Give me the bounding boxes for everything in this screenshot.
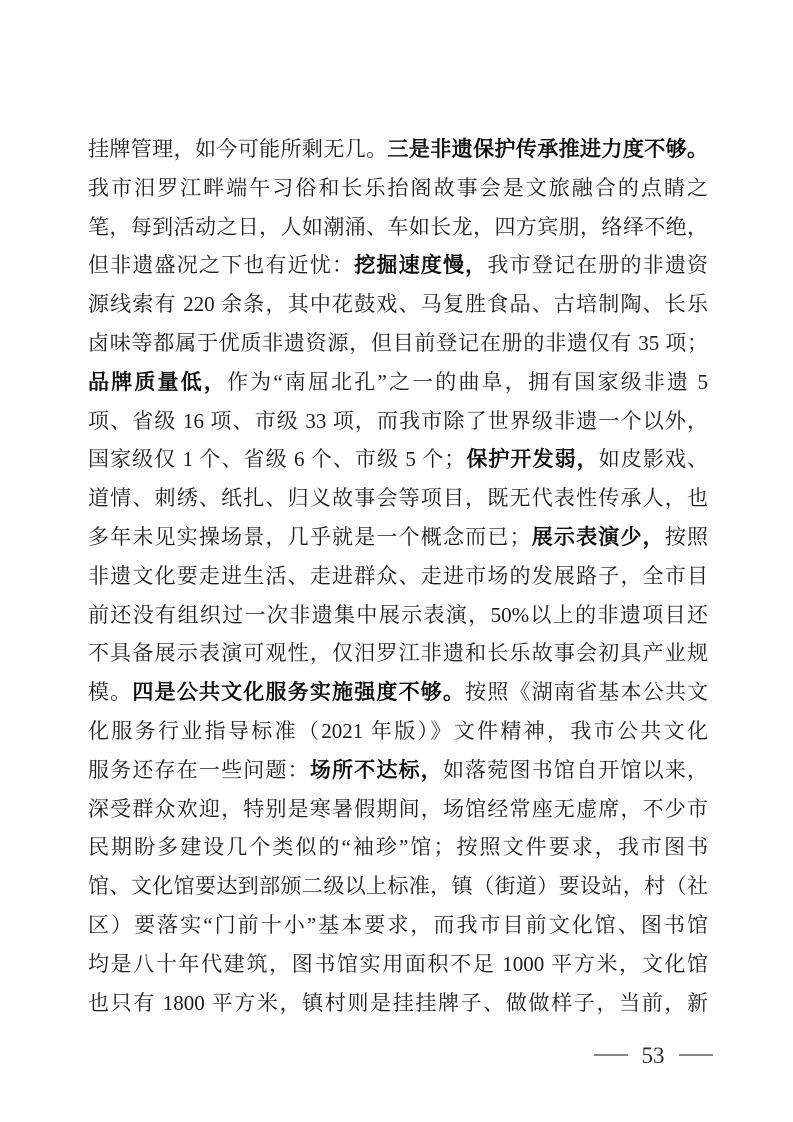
body-text: 也只有 1800 平方米，镇村则是挂挂牌子、做做样子，当前，新 <box>88 991 708 1015</box>
text-line: 卤味等都属于优质非遗资源，但目前登记在册的非遗仅有 35 项； <box>88 324 708 363</box>
text-line: 区）要落实“门前十小”基本要求，而我市目前文化馆、图书馆 <box>88 906 708 945</box>
emphasis-text: 场所不达标， <box>310 759 443 782</box>
footer-dash-right <box>679 1054 713 1056</box>
text-line: 项、省级 16 项、市级 33 项，而我市除了世界级非遗一个以外， <box>88 402 708 441</box>
body-text: 民期盼多建设几个类似的“袖珍”馆；按照文件要求，我市图书 <box>88 835 708 859</box>
body-text: 笔，每到活动之日，人如潮涌、车如长龙，四方宾朋，络绎不绝， <box>88 215 708 239</box>
text-line: 模。四是公共文化服务实施强度不够。按照《湖南省基本公共文 <box>88 673 708 712</box>
body-text: 如落菀图书馆自开馆以来， <box>443 758 708 782</box>
body-text: 国家级仅 1 个、省级 6 个、市级 5 个； <box>88 447 465 471</box>
text-block: 挂牌管理，如今可能所剩无几。三是非遗保护传承推进力度不够。我市汨罗江畔端午习俗和… <box>88 130 708 1022</box>
text-line: 也只有 1800 平方米，镇村则是挂挂牌子、做做样子，当前，新 <box>88 984 708 1023</box>
body-text: 区）要落实“门前十小”基本要求，而我市目前文化馆、图书馆 <box>88 913 708 937</box>
document-page: 挂牌管理，如今可能所剩无几。三是非遗保护传承推进力度不够。我市汨罗江畔端午习俗和… <box>0 0 793 1122</box>
text-line: 非遗文化要走进生活、走进群众、走进市场的发展路子，全市目 <box>88 557 708 596</box>
body-text: 按照 <box>665 525 708 549</box>
body-text: 道情、刺绣、纸扎、归义故事会等项目，既无代表性传承人，也 <box>88 486 708 510</box>
emphasis-text: 四是公共文化服务实施强度不够。 <box>132 681 465 704</box>
text-line: 笔，每到活动之日，人如潮涌、车如长龙，四方宾朋，络绎不绝， <box>88 208 708 247</box>
body-text: 非遗文化要走进生活、走进群众、走进市场的发展路子，全市目 <box>88 564 708 588</box>
body-text: 项、省级 16 项、市级 33 项，而我市除了世界级非遗一个以外， <box>88 409 708 433</box>
footer-dash-left <box>594 1054 628 1056</box>
text-line: 不具备展示表演可观性，仅汨罗江非遗和长乐故事会初具产业规 <box>88 634 708 673</box>
text-line: 但非遗盛况之下也有近忧：挖掘速度慢，我市登记在册的非遗资 <box>88 246 708 285</box>
emphasis-text: 保护开发弱， <box>465 448 598 471</box>
text-line: 我市汨罗江畔端午习俗和长乐抬阁故事会是文旅融合的点睛之 <box>88 169 708 208</box>
body-text: 不具备展示表演可观性，仅汨罗江非遗和长乐故事会初具产业规 <box>88 641 708 665</box>
text-line: 化服务行业指导标准（2021 年版）》文件精神，我市公共文化 <box>88 712 708 751</box>
emphasis-text: 挖掘速度慢， <box>354 254 487 277</box>
body-text: 但非遗盛况之下也有近忧： <box>88 253 354 277</box>
body-text: 模。 <box>88 680 132 704</box>
body-text: 卤味等都属于优质非遗资源，但目前登记在册的非遗仅有 35 项； <box>88 331 708 355</box>
body-text: 我市汨罗江畔端午习俗和长乐抬阁故事会是文旅融合的点睛之 <box>88 176 708 200</box>
text-line: 服务还存在一些问题：场所不达标，如落菀图书馆自开馆以来， <box>88 751 708 790</box>
body-text: 深受群众欢迎，特别是寒暑假期间，场馆经常座无虚席，不少市 <box>88 797 708 821</box>
text-line: 国家级仅 1 个、省级 6 个、市级 5 个；保护开发弱，如皮影戏、 <box>88 440 708 479</box>
body-text: 挂牌管理，如今可能所剩无几。 <box>88 137 388 161</box>
body-text: 源线索有 220 余条，其中花鼓戏、马复胜食品、古培制陶、长乐 <box>88 292 708 316</box>
body-text: 馆、文化馆要达到部颁二级以上标准，镇（街道）要设站，村（社 <box>88 874 708 898</box>
body-text: 如皮影戏、 <box>599 447 708 471</box>
body-text: 我市登记在册的非遗资 <box>487 253 708 277</box>
emphasis-text: 展示表演少， <box>531 526 665 549</box>
text-line: 品牌质量低，作为“南屈北孔”之一的曲阜，拥有国家级非遗 5 <box>88 363 708 402</box>
text-line: 多年未见实操场景，几乎就是一个概念而已；展示表演少，按照 <box>88 518 708 557</box>
body-text: 作为“南屈北孔”之一的曲阜，拥有国家级非遗 5 <box>227 370 708 394</box>
text-line: 挂牌管理，如今可能所剩无几。三是非遗保护传承推进力度不够。 <box>88 130 708 169</box>
emphasis-text: 品牌质量低， <box>88 371 227 394</box>
body-text: 前还没有组织过一次非遗集中展示表演，50%以上的非遗项目还 <box>88 603 708 627</box>
text-line: 源线索有 220 余条，其中花鼓戏、马复胜食品、古培制陶、长乐 <box>88 285 708 324</box>
body-text: 多年未见实操场景，几乎就是一个概念而已； <box>88 525 531 549</box>
body-text: 服务还存在一些问题： <box>88 758 310 782</box>
body-text: 化服务行业指导标准（2021 年版）》文件精神，我市公共文化 <box>88 719 708 743</box>
text-line: 道情、刺绣、纸扎、归义故事会等项目，既无代表性传承人，也 <box>88 479 708 518</box>
page-footer: 53 <box>553 1040 753 1070</box>
page-number: 53 <box>642 1044 665 1067</box>
text-line: 前还没有组织过一次非遗集中展示表演，50%以上的非遗项目还 <box>88 596 708 635</box>
text-line: 深受群众欢迎，特别是寒暑假期间，场馆经常座无虚席，不少市 <box>88 790 708 829</box>
text-line: 均是八十年代建筑，图书馆实用面积不足 1000 平方米，文化馆 <box>88 945 708 984</box>
text-line: 民期盼多建设几个类似的“袖珍”馆；按照文件要求，我市图书 <box>88 828 708 867</box>
text-line: 馆、文化馆要达到部颁二级以上标准，镇（街道）要设站，村（社 <box>88 867 708 906</box>
body-text: 按照《湖南省基本公共文 <box>465 680 708 704</box>
body-text: 均是八十年代建筑，图书馆实用面积不足 1000 平方米，文化馆 <box>88 952 708 976</box>
emphasis-text: 三是非遗保护传承推进力度不够。 <box>388 138 709 161</box>
